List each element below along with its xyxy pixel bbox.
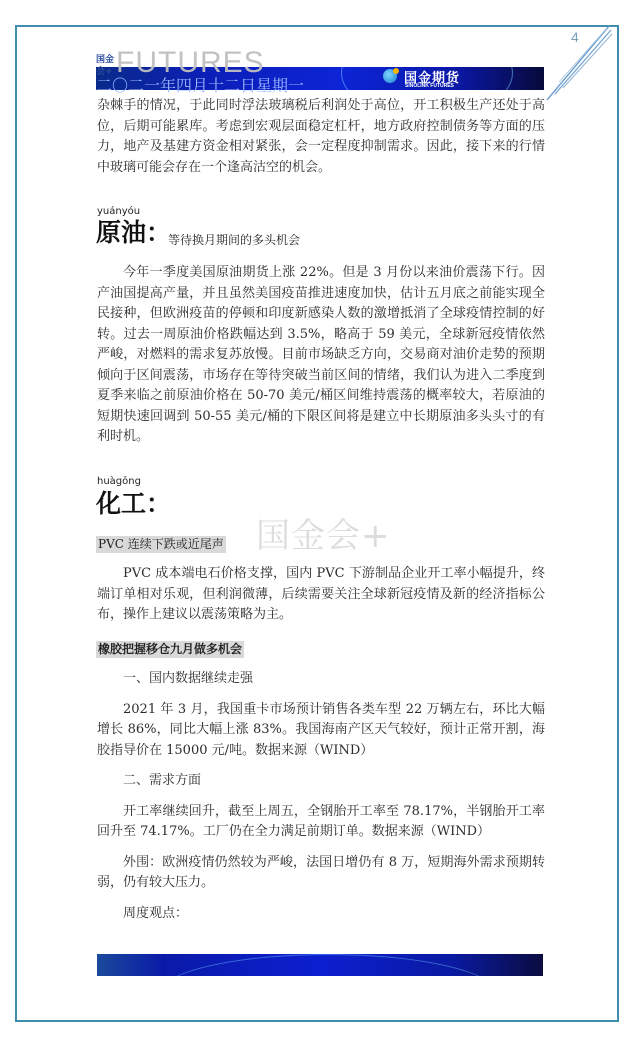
weekly-view-label: 周度观点： xyxy=(97,904,545,925)
pvc-section: PVC 成本端电石价格支撑，国内 PVC 下游制品企业开工率小幅提升，终端订单相… xyxy=(97,564,545,626)
intro-section: 杂棘手的情况，于此同时浮法玻璃税后利润处于高位，开工积极生产还处于高位，后期可能… xyxy=(97,96,545,178)
chemical-title: 化工： xyxy=(96,490,171,518)
footer-arc-decoration xyxy=(157,954,499,976)
rubber-point1-title: 一、国内数据继续走强 xyxy=(97,669,545,690)
crude-pinyin: yuányóu xyxy=(97,206,140,217)
brand-name-en: SINOLINK FUTURES xyxy=(405,83,454,89)
rubber-point1-paragraph: 2021 年 3 月，我国重卡市场预计销售各类车型 22 万辆左右，环比大幅增长… xyxy=(97,700,545,762)
report-date: 二〇二一年四月十二日星期一 xyxy=(96,73,296,96)
rubber-heading: 橡胶把握移仓九月做多机会 xyxy=(96,641,244,658)
crude-title: 原油： xyxy=(96,219,171,247)
crude-section: 今年一季度美国原油期货上涨 22%。但是 3 月份以来油价震荡下行。因产油国提高… xyxy=(97,263,545,448)
pvc-paragraph: PVC 成本端电石价格支撑，国内 PVC 下游制品企业开工率小幅提升，终端订单相… xyxy=(97,564,545,626)
chemical-pinyin: huàgōng xyxy=(97,476,141,487)
decorative-slash-icon xyxy=(545,22,615,102)
rubber-point2-paragraph: 开工率继续回升，截至上周五，全钢胎开工率至 78.17%，半钢胎开工率回升至 7… xyxy=(97,802,545,843)
rubber-foreign-paragraph: 外围：欧洲疫情仍然较为严峻，法国日增仍有 8 万，短期海外需求预期转弱，仍有较大… xyxy=(97,853,545,894)
pvc-heading: PVC 连续下跌或近尾声 xyxy=(96,536,226,553)
footer-banner xyxy=(97,954,543,976)
crude-subtitle: 等待换月期间的多头机会 xyxy=(168,231,300,248)
crude-paragraph: 今年一季度美国原油期货上涨 22%。但是 3 月份以来油价震荡下行。因产油国提高… xyxy=(97,263,545,448)
rubber-point2-title: 二、需求方面 xyxy=(97,771,545,792)
intro-paragraph: 杂棘手的情况，于此同时浮法玻璃税后利润处于高位，开工积极生产还处于高位，后期可能… xyxy=(97,96,545,178)
brand-dot-icon xyxy=(393,68,399,74)
watermark: 国金会+ xyxy=(256,508,391,557)
rubber-section: 一、国内数据继续走强 2021 年 3 月，我国重卡市场预计销售各类车型 22 … xyxy=(97,669,545,924)
